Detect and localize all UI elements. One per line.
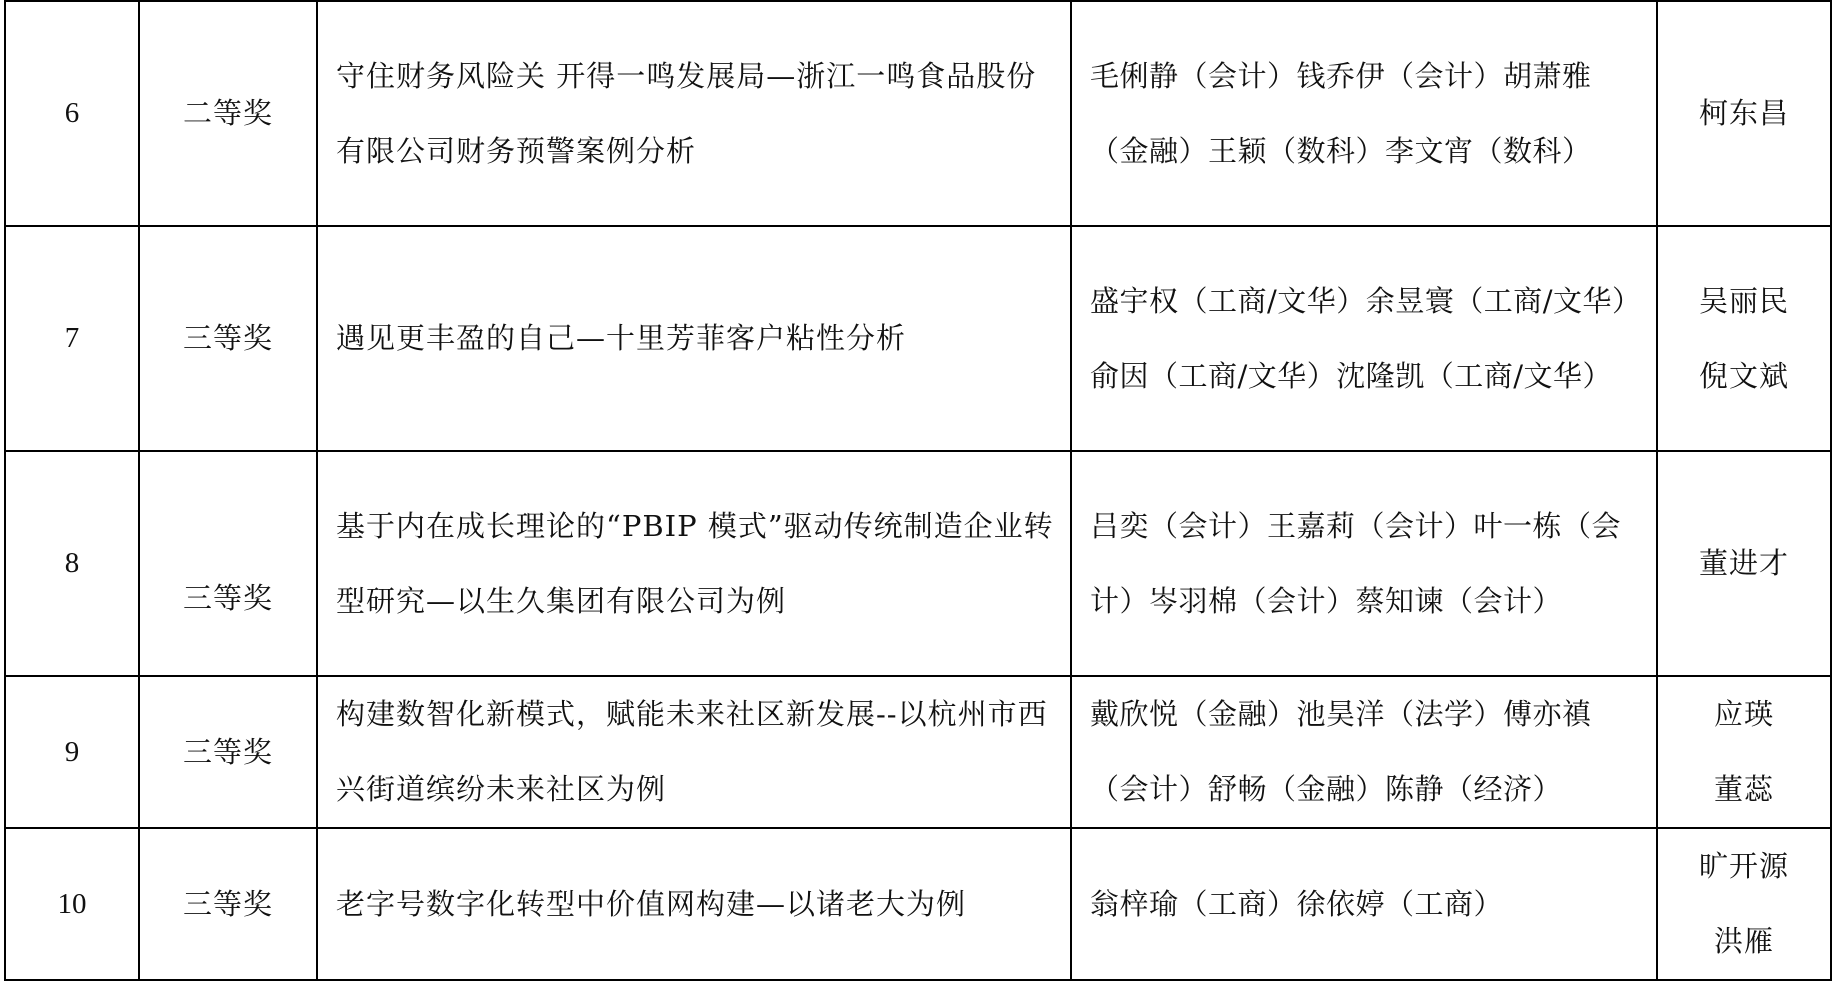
project-title: 遇见更丰盈的自己—十里芳菲客户粘性分析 xyxy=(317,226,1071,451)
project-title: 老字号数字化转型中价值网构建—以诸老大为例 xyxy=(317,828,1071,980)
advisor-name: 应瑛 xyxy=(1658,677,1830,752)
advisor-name: 董蕊 xyxy=(1658,752,1830,827)
award-level-cell: 三等奖 xyxy=(139,451,317,676)
document-page: 6 二等奖 守住财务风险关 开得一鸣发展局—浙江一鸣食品股份有限公司财务预警案例… xyxy=(0,0,1832,985)
project-title: 基于内在成长理论的“PBIP 模式”驱动传统制造企业转型研究—以生久集团有限公司… xyxy=(317,451,1071,676)
table-row: 9 三等奖 构建数智化新模式，赋能未来社区新发展--以杭州市西兴街道缤纷未来社区… xyxy=(5,676,1831,828)
row-number: 6 xyxy=(5,1,139,226)
advisor-cell: 旷开源 洪雁 xyxy=(1657,828,1831,980)
team-members: 盛宇权（工商/文华）余昱寰（工商/文华）俞因（工商/文华）沈隆凯（工商/文华） xyxy=(1071,226,1657,451)
team-members: 毛俐静（会计）钱乔伊（会计）胡萧雅（金融）王颖（数科）李文宵（数科） xyxy=(1071,1,1657,226)
award-level: 三等奖 xyxy=(140,491,316,636)
advisor-name: 吴丽民 xyxy=(1658,264,1830,339)
project-title: 守住财务风险关 开得一鸣发展局—浙江一鸣食品股份有限公司财务预警案例分析 xyxy=(317,1,1071,226)
project-title: 构建数智化新模式，赋能未来社区新发展--以杭州市西兴街道缤纷未来社区为例 xyxy=(317,676,1071,828)
row-number: 8 xyxy=(5,451,139,676)
advisor-name: 洪雁 xyxy=(1658,904,1830,979)
advisor-name: 董进才 xyxy=(1658,526,1830,601)
advisor-name: 旷开源 xyxy=(1658,829,1830,904)
table-row: 6 二等奖 守住财务风险关 开得一鸣发展局—浙江一鸣食品股份有限公司财务预警案例… xyxy=(5,1,1831,226)
row-number: 10 xyxy=(5,828,139,980)
award-level: 二等奖 xyxy=(139,1,317,226)
table-row: 8 三等奖 基于内在成长理论的“PBIP 模式”驱动传统制造企业转型研究—以生久… xyxy=(5,451,1831,676)
advisor-name: 倪文斌 xyxy=(1658,339,1830,414)
award-level: 三等奖 xyxy=(139,676,317,828)
advisor-cell: 柯东昌 xyxy=(1657,1,1831,226)
advisor-cell: 应瑛 董蕊 xyxy=(1657,676,1831,828)
award-level: 三等奖 xyxy=(139,828,317,980)
advisor-name: 柯东昌 xyxy=(1658,76,1830,151)
team-members: 戴欣悦（金融）池昊洋（法学）傅亦禛（会计）舒畅（金融）陈静（经济） xyxy=(1071,676,1657,828)
row-number: 7 xyxy=(5,226,139,451)
award-level: 三等奖 xyxy=(139,226,317,451)
table-row: 7 三等奖 遇见更丰盈的自己—十里芳菲客户粘性分析 盛宇权（工商/文华）余昱寰（… xyxy=(5,226,1831,451)
awards-table: 6 二等奖 守住财务风险关 开得一鸣发展局—浙江一鸣食品股份有限公司财务预警案例… xyxy=(4,0,1832,981)
team-members: 吕奕（会计）王嘉莉（会计）叶一栋（会计）岑羽棉（会计）蔡知谏（会计） xyxy=(1071,451,1657,676)
row-number: 9 xyxy=(5,676,139,828)
advisor-cell: 董进才 xyxy=(1657,451,1831,676)
advisor-cell: 吴丽民 倪文斌 xyxy=(1657,226,1831,451)
table-row: 10 三等奖 老字号数字化转型中价值网构建—以诸老大为例 翁梓瑜（工商）徐依婷（… xyxy=(5,828,1831,980)
team-members: 翁梓瑜（工商）徐依婷（工商） xyxy=(1071,828,1657,980)
